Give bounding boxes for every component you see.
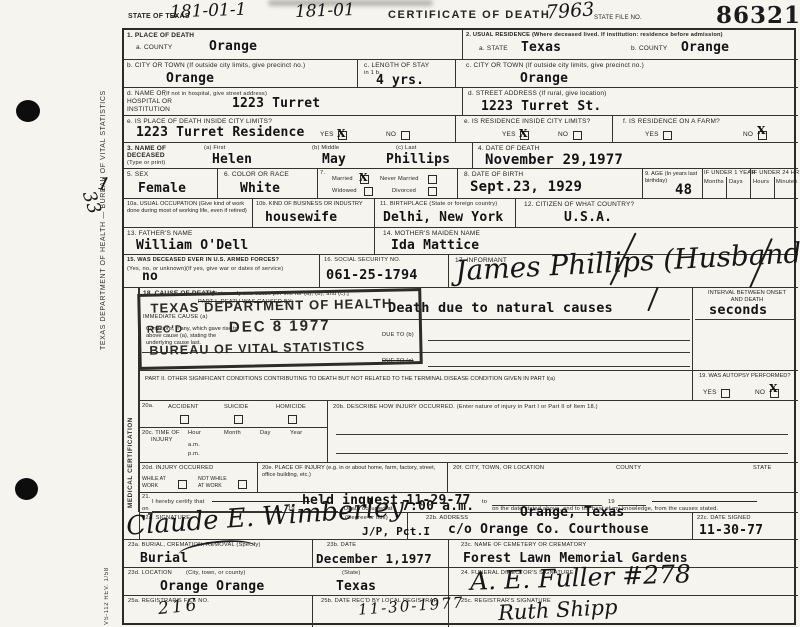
no-checkbox: [401, 131, 410, 140]
stamp-line-3: BUREAU OF VITAL STATISTICS: [149, 339, 365, 358]
x-mark: X: [359, 171, 368, 184]
race-value: White: [240, 181, 280, 196]
business-industry-cell: 10b. KIND OF BUSINESS OR INDUSTRY housew…: [252, 198, 374, 227]
certificate-number: 86321: [716, 2, 800, 29]
day-label: Day: [260, 430, 271, 437]
field-label: 20f. CITY, TOWN, OR LOCATION: [453, 465, 544, 472]
field-label: 22b. ADDRESS: [426, 515, 468, 522]
married-checkbox: X: [360, 175, 369, 184]
field-label: (a) First: [204, 145, 225, 152]
sex-value: Female: [138, 181, 186, 196]
certificate-title: CERTIFICATE OF DEATH: [388, 9, 550, 22]
length-of-stay-value: 4 yrs.: [376, 73, 424, 88]
social-security-cell: 16. SOCIAL SECURITY NO. 061-25-1794: [319, 254, 448, 287]
death-county-value: Orange: [209, 39, 257, 54]
field-label: 8. DATE OF BIRTH: [464, 171, 523, 179]
field-label: 10b. KIND OF BUSINESS OR INDUSTRY: [256, 201, 371, 208]
no-label: NO: [743, 131, 753, 139]
hour-label: Hour: [188, 430, 201, 437]
no-checkbox: X: [758, 131, 767, 140]
field-label: HOSPITAL OR: [127, 98, 172, 106]
yes-checkbox: [663, 131, 672, 140]
field-label: 20e. PLACE OF INJURY (e.g. in or about h…: [262, 465, 442, 479]
no-label: NO: [558, 131, 568, 139]
death-inside-city-cell: e. IS PLACE OF DEATH INSIDE CITY LIMITS?…: [124, 115, 455, 142]
field-label: 2. USUAL RESIDENCE (Where deceased lived…: [466, 32, 723, 39]
field-label: d. STREET ADDRESS (If rural, give locati…: [468, 90, 607, 98]
fathers-name-value: William O'Dell: [136, 238, 248, 253]
never-married-checkbox: [428, 175, 437, 184]
injury-occurred-cell: 20d. INJURY OCCURRED WHILE AT WORK NOT W…: [139, 462, 257, 492]
middle-name-value: May: [322, 152, 346, 167]
state-file-no-label: STATE FILE NO.: [594, 15, 642, 22]
injury-location-cell: 20f. CITY, TOWN, OR LOCATION COUNTY STAT…: [447, 462, 798, 492]
death-city-value: Orange: [166, 71, 214, 86]
certify-text: I hereby certify that: [152, 499, 205, 506]
handwritten-code-1: 181-01-1: [170, 0, 247, 22]
field-label: 21.: [142, 494, 151, 501]
ssn-value: 061-25-1794: [326, 267, 418, 283]
interval-line: [695, 319, 795, 320]
handwritten-code-2: 181-01: [295, 0, 355, 22]
field-label: 6. COLOR OR RACE: [224, 171, 289, 179]
blank-line: [336, 453, 788, 454]
blank-line: [336, 434, 788, 435]
field-label: 1. PLACE OF DEATH: [127, 32, 194, 40]
homicide-checkbox: [288, 415, 297, 424]
no-label: NO: [386, 131, 396, 139]
field-label: 20d. INJURY OCCURRED: [142, 465, 213, 472]
fathers-name-cell: 13. FATHER'S NAME William O'Dell: [124, 227, 374, 254]
date-of-death-value: November 29,1977: [485, 152, 623, 168]
field-label: 23c. NAME OF CEMETERY OR CREMATORY: [461, 542, 586, 549]
interval-cell: INTERVAL BETWEEN ONSET AND DEATH seconds: [692, 287, 798, 370]
not-while-at-work-checkbox: [238, 480, 247, 489]
homicide-label: HOMICIDE: [276, 404, 306, 411]
struck-text: ‒‒‒‒‒‒ ‒‒‒‒‒‒‒ ‒‒‒‒‒‒‒‒‒‒: [652, 499, 757, 505]
burial-date-value: December 1,1977: [316, 551, 432, 566]
color-or-race-cell: 6. COLOR OR RACE White: [217, 168, 317, 198]
stamp-line-1: TEXAS DEPARTMENT OF HEALTH: [150, 296, 392, 316]
cause-line-c: [428, 366, 690, 367]
date-of-death-cell: 4. DATE OF DEATH November 29,1977: [472, 142, 798, 168]
divorced-label: Divorced: [392, 188, 416, 195]
x-mark: X: [519, 127, 528, 140]
field-label: b. COUNTY: [631, 45, 667, 53]
street-address-value: 1223 Turret St.: [481, 99, 601, 114]
business-value: housewife: [265, 210, 337, 225]
date-signed-cell: 22c. DATE SIGNED 11-30-77: [692, 512, 798, 539]
while-at-work-checkbox: [178, 480, 187, 489]
punch-hole-top: [16, 100, 40, 122]
am-label: a.m.: [188, 442, 200, 449]
field-note: (Type or print): [127, 160, 165, 167]
yes-label: YES: [645, 131, 659, 139]
cause-line-b: [428, 340, 690, 341]
field-label: 22c. DATE SIGNED: [697, 515, 751, 522]
field-label: IF UNDER 1 YEAR: [704, 170, 756, 177]
part2-label: PART II. OTHER SIGNIFICANT CONDITIONS CO…: [145, 376, 685, 383]
while-at-work-label: WHILE AT WORK: [142, 476, 174, 489]
street-address-cell: d. STREET ADDRESS (If rural, give locati…: [462, 87, 798, 115]
certifier-title-value: J/P, Pct.I: [362, 525, 430, 538]
date-of-birth-cell: 8. DATE OF BIRTH Sept.23, 1929: [457, 168, 642, 198]
field-label: 20b. DESCRIBE HOW INJURY OCCURRED. (Ente…: [333, 404, 598, 411]
residence-inside-city-cell: e. IS RESIDENCE INSIDE CITY LIMITS? YES …: [455, 115, 612, 142]
residence-county-value: Orange: [681, 40, 729, 55]
divorced-checkbox: [428, 187, 437, 196]
length-of-stay-cell: c. LENGTH OF STAY in 1 b. 4 yrs.: [357, 59, 455, 87]
field-label: 7.: [320, 170, 325, 177]
field-note: (State): [342, 570, 360, 577]
stamp-received: REC'D: [147, 324, 183, 336]
usual-occupation-cell: 10a. USUAL OCCUPATION (Give kind of work…: [124, 198, 252, 227]
accident-checkbox: [180, 415, 189, 424]
x-mark: X: [769, 382, 778, 395]
sex-cell: 5. SEX Female: [124, 168, 217, 198]
x-mark: X: [757, 124, 766, 137]
place-of-death-cell: 1. PLACE OF DEATH a. COUNTY Orange: [124, 30, 462, 59]
widowed-label: Widowed: [332, 188, 357, 195]
punch-hole-bottom: [15, 478, 38, 500]
hospital-value: 1223 Turret: [232, 96, 320, 111]
year-label: Year: [290, 430, 302, 437]
field-label: 23d. LOCATION: [128, 570, 172, 577]
field-label: 16. SOCIAL SECURITY NO.: [324, 257, 401, 264]
married-label: Married: [332, 176, 353, 183]
if-under-1-year-cell: IF UNDER 1 YEAR Months Days: [702, 168, 750, 198]
field-label: 19. WAS AUTOPSY PERFORMED?: [699, 373, 794, 380]
medical-certification-strip: MEDICAL CERTIFICATION: [124, 287, 139, 512]
widowed-checkbox: [364, 187, 373, 196]
residence-city-cell: c. CITY OR TOWN (If outside city limits,…: [455, 59, 798, 87]
burial-state-value: Texas: [336, 579, 376, 594]
residence-city-value: Orange: [520, 71, 568, 86]
field-label: 5. SEX: [127, 171, 148, 179]
yes-checkbox: X: [520, 131, 529, 140]
pm-label: p.m.: [188, 451, 200, 458]
field-label: 15. WAS DECEASED EVER IN U.S. ARMED FORC…: [127, 257, 279, 264]
field-label: c. LENGTH OF STAY: [364, 62, 429, 70]
field-label: e. IS RESIDENCE INSIDE CITY LIMITS?: [464, 118, 590, 126]
registrar-file-cell: 25a. REGISTRAR'S FILE NO.: [124, 595, 312, 627]
burial-location-value: Orange Orange: [160, 579, 264, 594]
hospital-cell: d. NAME OF (If not in hospital, give str…: [124, 87, 462, 115]
days-label: Days: [729, 179, 743, 186]
if-under-24-hrs-cell: IF UNDER 24 HRS. Hours Minutes: [750, 168, 798, 198]
received-stamp: TEXAS DEPARTMENT OF HEALTH REC'D DEC 8 1…: [137, 288, 423, 370]
no-checkbox: X: [770, 389, 779, 398]
usual-residence-cell: 2. USUAL RESIDENCE (Where deceased lived…: [462, 30, 798, 59]
death-city-cell: b. CITY OR TOWN (If outside city limits,…: [124, 59, 357, 87]
yes-label: YES: [703, 389, 717, 397]
name-of-deceased-cell: 3. NAME OF DECEASED (Type or print) (a) …: [124, 142, 472, 168]
age-value: 48: [675, 182, 692, 198]
certifier-address-value: c/o Orange Co. Courthouse: [448, 522, 649, 537]
no-checkbox: [573, 131, 582, 140]
first-name-value: Helen: [212, 152, 252, 167]
minutes-label: Minutes: [776, 179, 797, 186]
field-label: 23b. DATE: [327, 542, 356, 549]
month-label: Month: [224, 430, 241, 437]
handwritten-file-number: 7963: [545, 0, 595, 24]
x-mark: X: [337, 127, 346, 140]
to-label: to: [482, 499, 487, 506]
field-label: 20c. TIME OF: [142, 430, 180, 437]
accident-suicide-homicide-cell: 20a. ACCIDENT SUICIDE HOMICIDE: [139, 400, 327, 427]
place-of-injury-cell: 20e. PLACE OF INJURY (e.g. in or about h…: [257, 462, 447, 492]
death-certificate-scan: STATE OF TEXAS 181-01-1 181-01 CERTIFICA…: [0, 0, 800, 627]
yes-checkbox: X: [338, 131, 347, 140]
certifier-city-value: Orange, Texas: [520, 505, 624, 520]
field-label: a. COUNTY: [136, 44, 172, 52]
form-code-vertical-label: VS-112 REV. 1/58: [104, 545, 110, 625]
field-label: INSTITUTION: [127, 106, 170, 114]
field-note: (City, town, or county): [186, 570, 246, 577]
medical-certification-label: MEDICAL CERTIFICATION: [127, 338, 134, 508]
armed-forces-cell: 15. WAS DECEASED EVER IN U.S. ARMED FORC…: [124, 254, 319, 287]
burial-date-cell: 23b. DATE December 1,1977: [312, 539, 448, 567]
county-label: COUNTY: [616, 465, 641, 472]
autopsy-cell: 19. WAS AUTOPSY PERFORMED? YES NO X: [692, 370, 798, 400]
accident-label: ACCIDENT: [168, 404, 199, 411]
yes-label: YES: [320, 131, 334, 139]
yes-label: YES: [502, 131, 516, 139]
no-label: NO: [755, 389, 765, 397]
months-label: Months: [704, 179, 724, 186]
marital-status-cell: 7. Married X Never Married Widowed Divor…: [317, 168, 457, 198]
mothers-name-value: Ida Mattice: [391, 238, 479, 253]
field-label: INJURY: [151, 437, 173, 444]
birthplace-cell: 11. BIRTHPLACE (State or foreign country…: [374, 198, 515, 227]
part2-cell: PART II. OTHER SIGNIFICANT CONDITIONS CO…: [139, 370, 692, 400]
birthplace-value: Delhi, New York: [383, 210, 503, 225]
field-label: f. IS RESIDENCE ON A FARM?: [623, 118, 720, 126]
time-of-injury-cell: 20c. TIME OF INJURY Hour Month Day Year …: [139, 427, 327, 462]
armed-forces-value: no: [142, 269, 158, 284]
field-label: 11. BIRTHPLACE (State or foreign country…: [380, 201, 497, 208]
not-while-at-work-label: NOT WHILE AT WORK: [198, 476, 232, 489]
suicide-label: SUICIDE: [224, 404, 248, 411]
stamp-date: DEC 8 1977: [229, 317, 331, 336]
residence-on-farm-cell: f. IS RESIDENCE ON A FARM? YES NO X: [612, 115, 798, 142]
interval-value: seconds: [709, 302, 767, 318]
yes-checkbox: [721, 389, 730, 398]
last-name-value: Phillips: [386, 152, 450, 167]
describe-injury-cell: 20b. DESCRIBE HOW INJURY OCCURRED. (Ente…: [327, 400, 798, 462]
citizen-value: U.S.A.: [564, 210, 612, 225]
field-label: DECEASED: [127, 152, 165, 160]
field-label: (c) Last: [396, 145, 417, 152]
residence-state-value: Texas: [521, 40, 561, 55]
suicide-checkbox: [234, 415, 243, 424]
certifier-address-cell: 22b. ADDRESS Orange, Texas c/o Orange Co…: [407, 512, 692, 539]
hours-label: Hours: [753, 179, 769, 186]
burial-location-cell: 23d. LOCATION (City, town, or county) (S…: [124, 567, 448, 595]
divider: [774, 177, 775, 199]
field-label: 13. FATHER'S NAME: [127, 230, 193, 238]
field-label: IF UNDER 24 HRS.: [752, 170, 800, 177]
field-label: 10a. USUAL OCCUPATION (Give kind of work…: [127, 201, 247, 215]
field-label: c. CITY OR TOWN (If outside city limits,…: [466, 62, 644, 70]
never-married-label: Never Married: [380, 176, 419, 183]
field-label: b. CITY OR TOWN (If outside city limits,…: [127, 62, 305, 70]
field-label: a. STATE: [479, 45, 508, 53]
date-signed-value: 11-30-77: [699, 523, 763, 538]
state-label: STATE: [753, 465, 771, 472]
date-of-birth-value: Sept.23, 1929: [470, 179, 582, 195]
age-cell: 9. AGE (In years last birthday) 48: [642, 168, 702, 198]
death-inside-city-value: 1223 Turret Residence: [136, 125, 305, 140]
field-label: d. NAME OF: [127, 90, 166, 98]
field-note: (If yes, give war or dates of service): [186, 266, 283, 273]
field-label: 14. MOTHER'S MAIDEN NAME: [383, 230, 480, 238]
citizen-cell: 12. CITIZEN OF WHAT COUNTRY? U.S.A.: [515, 198, 798, 227]
field-label: 20a.: [142, 403, 154, 410]
divider: [726, 177, 727, 199]
field-label: 12. CITIZEN OF WHAT COUNTRY?: [524, 201, 634, 209]
field-label: (b) Middle: [312, 145, 339, 152]
